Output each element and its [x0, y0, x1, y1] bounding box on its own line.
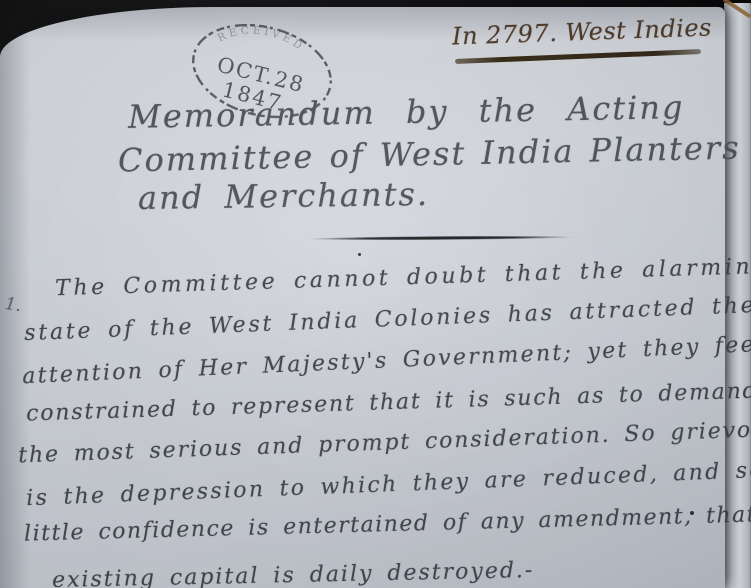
- photo-background: RECEIVED OCT.28 1847 In 2797. West Indie…: [0, 0, 751, 588]
- ink-dot: [358, 253, 361, 256]
- manuscript-page: RECEIVED OCT.28 1847 In 2797. West Indie…: [0, 7, 725, 588]
- ink-dot: [690, 511, 694, 515]
- margin-mark: 1.: [4, 294, 23, 316]
- page-title-line: Committee of West India Planters: [118, 128, 741, 179]
- body-line: is the depression to which they are redu…: [26, 458, 751, 511]
- body-line: The Committee cannot doubt that the alar…: [55, 254, 751, 301]
- body-line: existing capital is daily destroyed.-: [52, 558, 535, 588]
- body-line: little confidence is entertained of any …: [24, 502, 751, 546]
- body-line: constrained to represent that it is such…: [26, 378, 751, 426]
- annotation-underline: [455, 49, 701, 64]
- annotation-reference: In 2797. West Indies: [452, 13, 713, 50]
- page-corner-mark: [722, 0, 751, 18]
- body-line: the most serious and prompt consideratio…: [18, 417, 751, 469]
- section-divider: [305, 235, 577, 241]
- page-title-line: and Merchants.: [138, 175, 430, 217]
